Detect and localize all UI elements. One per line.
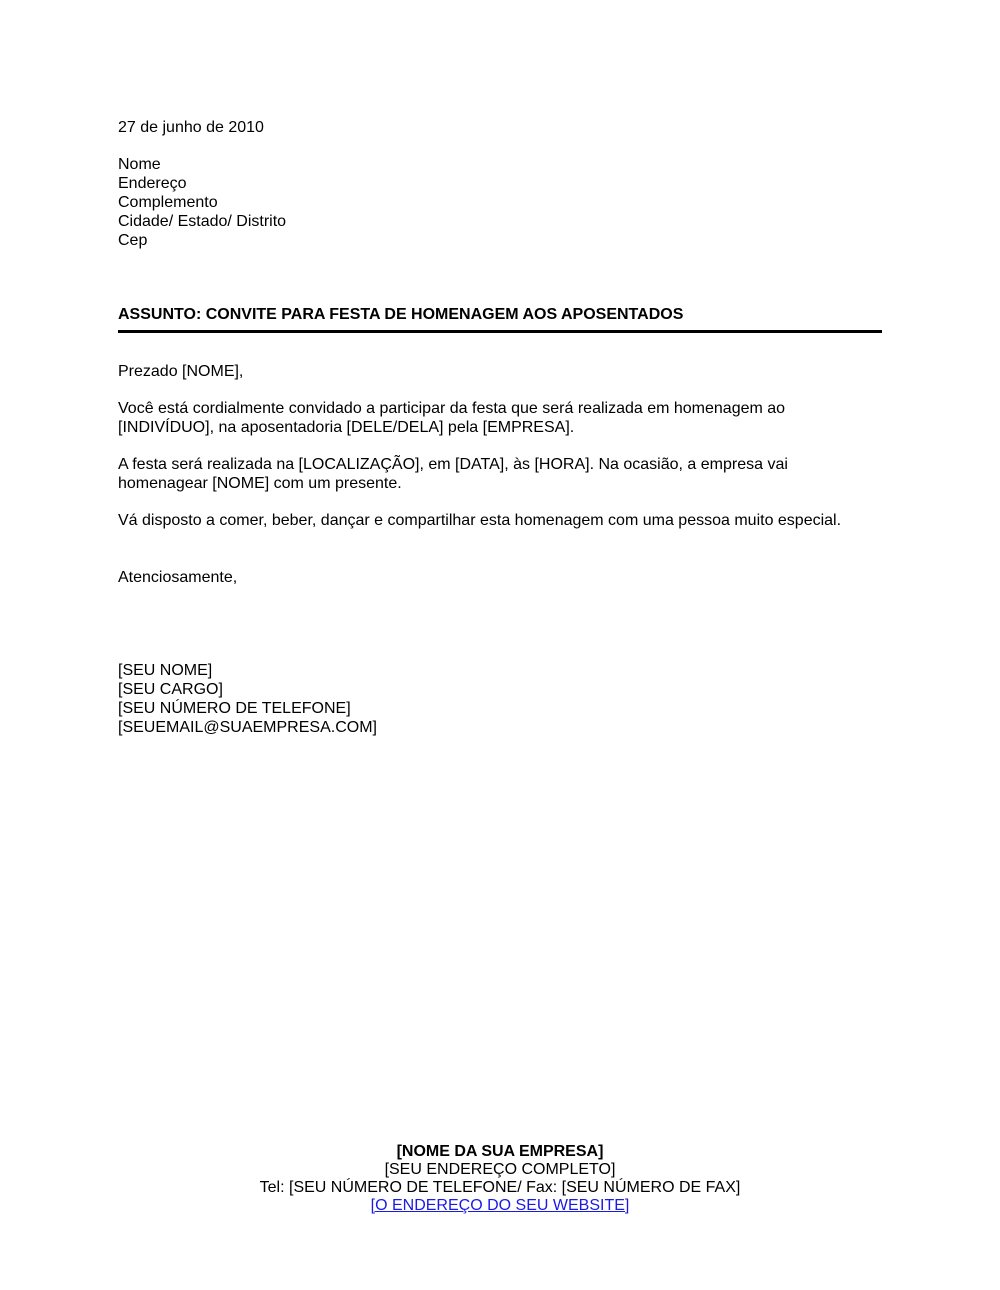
paragraph-1: Você está cordialmente convidado a parti… [118,399,785,437]
date-text: 27 de junho de 2010 [118,118,264,137]
paragraph-3-line-1: Vá disposto a comer, beber, dançar e com… [118,511,841,530]
signature-name: [SEU NOME] [118,661,377,680]
paragraph-2-line-2: homenagear [NOME] com um presente. [118,474,788,493]
footer-company-name: [NOME DA SUA EMPRESA] [0,1143,1000,1161]
recipient-city: Cidade/ Estado/ Distrito [118,212,286,231]
signature-email: [SEUEMAIL@SUAEMPRESA.COM] [118,718,377,737]
salutation-text: Prezado [NOME], [118,362,243,381]
recipient-name: Nome [118,155,286,174]
subject-divider [118,330,882,333]
paragraph-3: Vá disposto a comer, beber, dançar e com… [118,511,841,530]
paragraph-1-line-1: Você está cordialmente convidado a parti… [118,399,785,418]
paragraph-2-line-1: A festa será realizada na [LOCALIZAÇÃO],… [118,455,788,474]
footer-contact: Tel: [SEU NÚMERO DE TELEFONE/ Fax: [SEU … [0,1179,1000,1197]
footer-address: [SEU ENDEREÇO COMPLETO] [0,1161,1000,1179]
closing: Atenciosamente, [118,568,237,587]
salutation: Prezado [NOME], [118,362,243,381]
footer-website-link[interactable]: [O ENDEREÇO DO SEU WEBSITE] [371,1197,630,1214]
recipient-block: Nome Endereço Complemento Cidade/ Estado… [118,155,286,250]
signature-title: [SEU CARGO] [118,680,377,699]
letter-page: 27 de junho de 2010 Nome Endereço Comple… [0,0,1000,1290]
footer: [NOME DA SUA EMPRESA] [SEU ENDEREÇO COMP… [0,1143,1000,1215]
signature-phone: [SEU NÚMERO DE TELEFONE] [118,699,377,718]
closing-text: Atenciosamente, [118,568,237,587]
paragraph-2: A festa será realizada na [LOCALIZAÇÃO],… [118,455,788,493]
recipient-address: Endereço [118,174,286,193]
signature-block: [SEU NOME] [SEU CARGO] [SEU NÚMERO DE TE… [118,661,377,737]
recipient-complement: Complemento [118,193,286,212]
subject-heading: ASSUNTO: CONVITE PARA FESTA DE HOMENAGEM… [118,305,683,324]
letter-date: 27 de junho de 2010 [118,118,264,137]
recipient-zip: Cep [118,231,286,250]
paragraph-1-line-2: [INDIVÍDUO], na aposentadoria [DELE/DELA… [118,418,785,437]
